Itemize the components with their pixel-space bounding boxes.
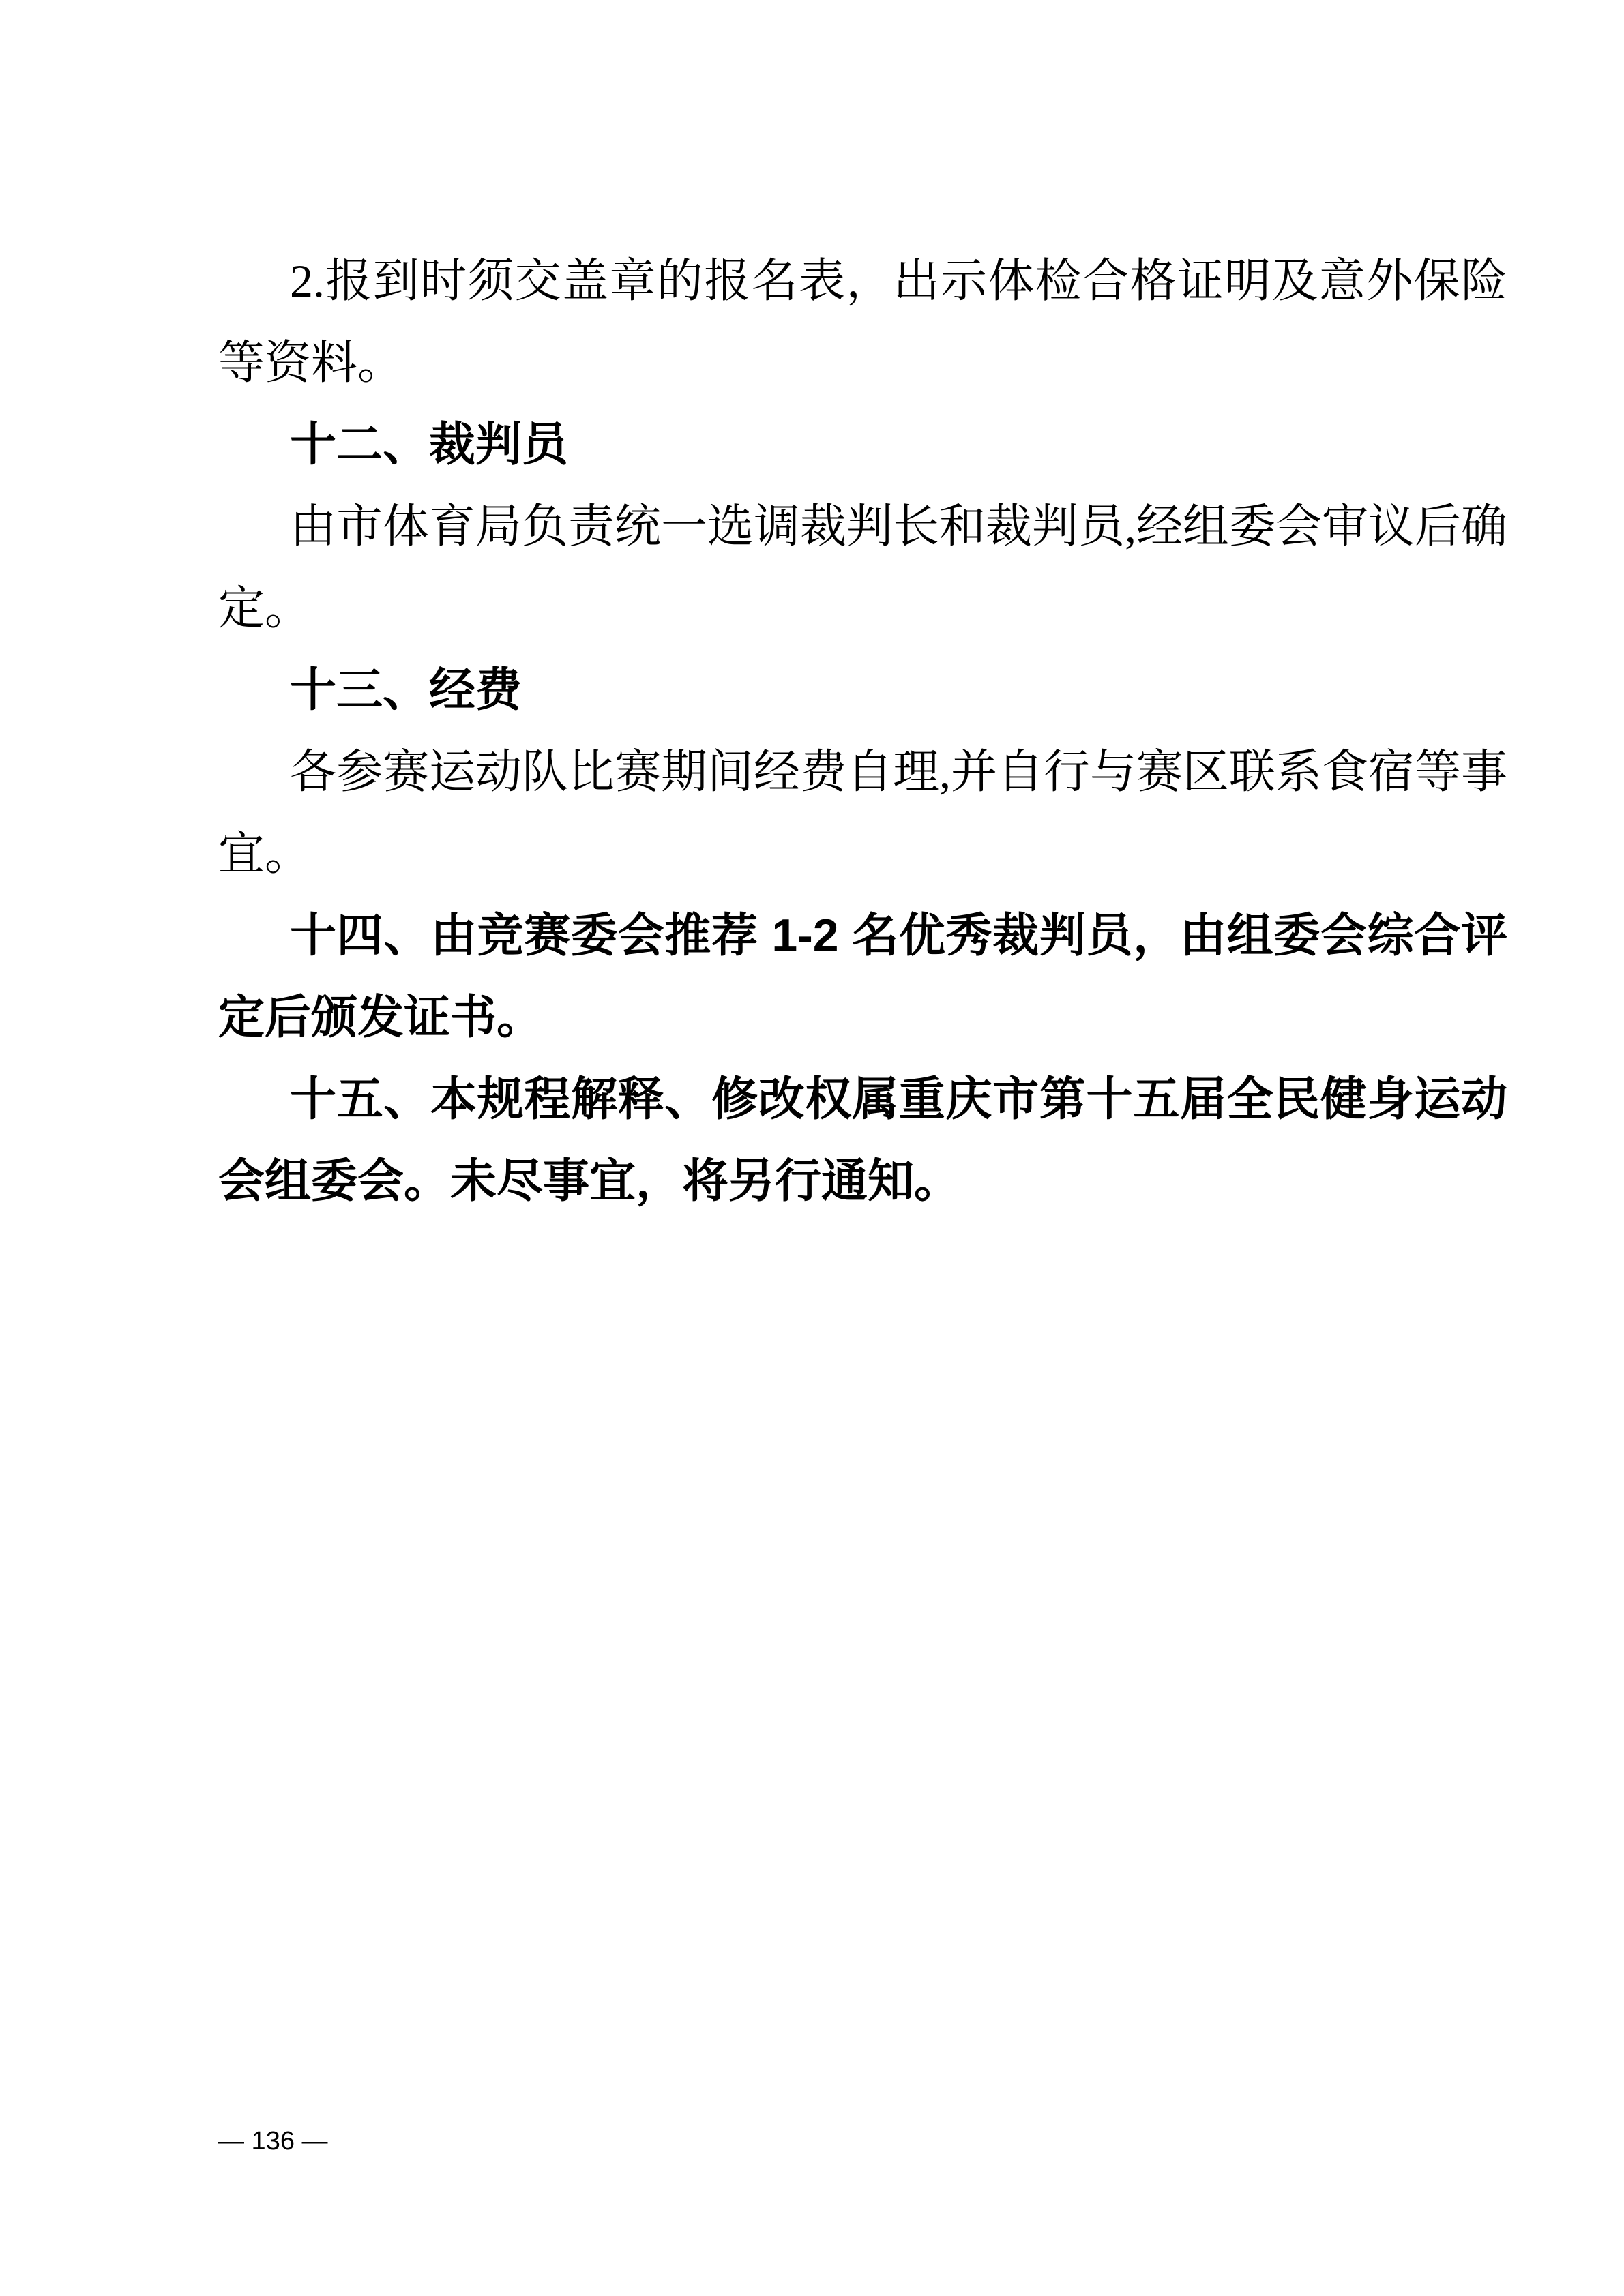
section-heading-funding: 十三、经费 — [218, 649, 1507, 731]
paragraph-outstanding-referees: 十四、由竞赛委会推荐 1-2 名优秀裁判员，由组委会综合评定后颁发证书。 — [218, 895, 1507, 1058]
document-body: 2.报到时须交盖章的报名表，出示体检合格证明及意外保险等资料。 十二、裁判员 由… — [218, 240, 1507, 1222]
paragraph-interpretation-rights: 十五、本规程解释、修改权属重庆市第十五届全民健身运动会组委会。未尽事宜，将另行通… — [218, 1058, 1507, 1222]
paragraph-funding: 各参赛运动队比赛期间经费自理,并自行与赛区联系食宿等事宜。 — [218, 731, 1507, 895]
section-heading-referees: 十二、裁判员 — [218, 404, 1507, 486]
paragraph-registration-note: 2.报到时须交盖章的报名表，出示体检合格证明及意外保险等资料。 — [218, 240, 1507, 404]
document-page: 2.报到时须交盖章的报名表，出示体检合格证明及意外保险等资料。 十二、裁判员 由… — [0, 0, 1624, 2296]
page-number: — 136 — — [218, 2125, 328, 2158]
paragraph-referees: 由市体育局负责统一选调裁判长和裁判员,经组委会审议后确定。 — [218, 486, 1507, 649]
